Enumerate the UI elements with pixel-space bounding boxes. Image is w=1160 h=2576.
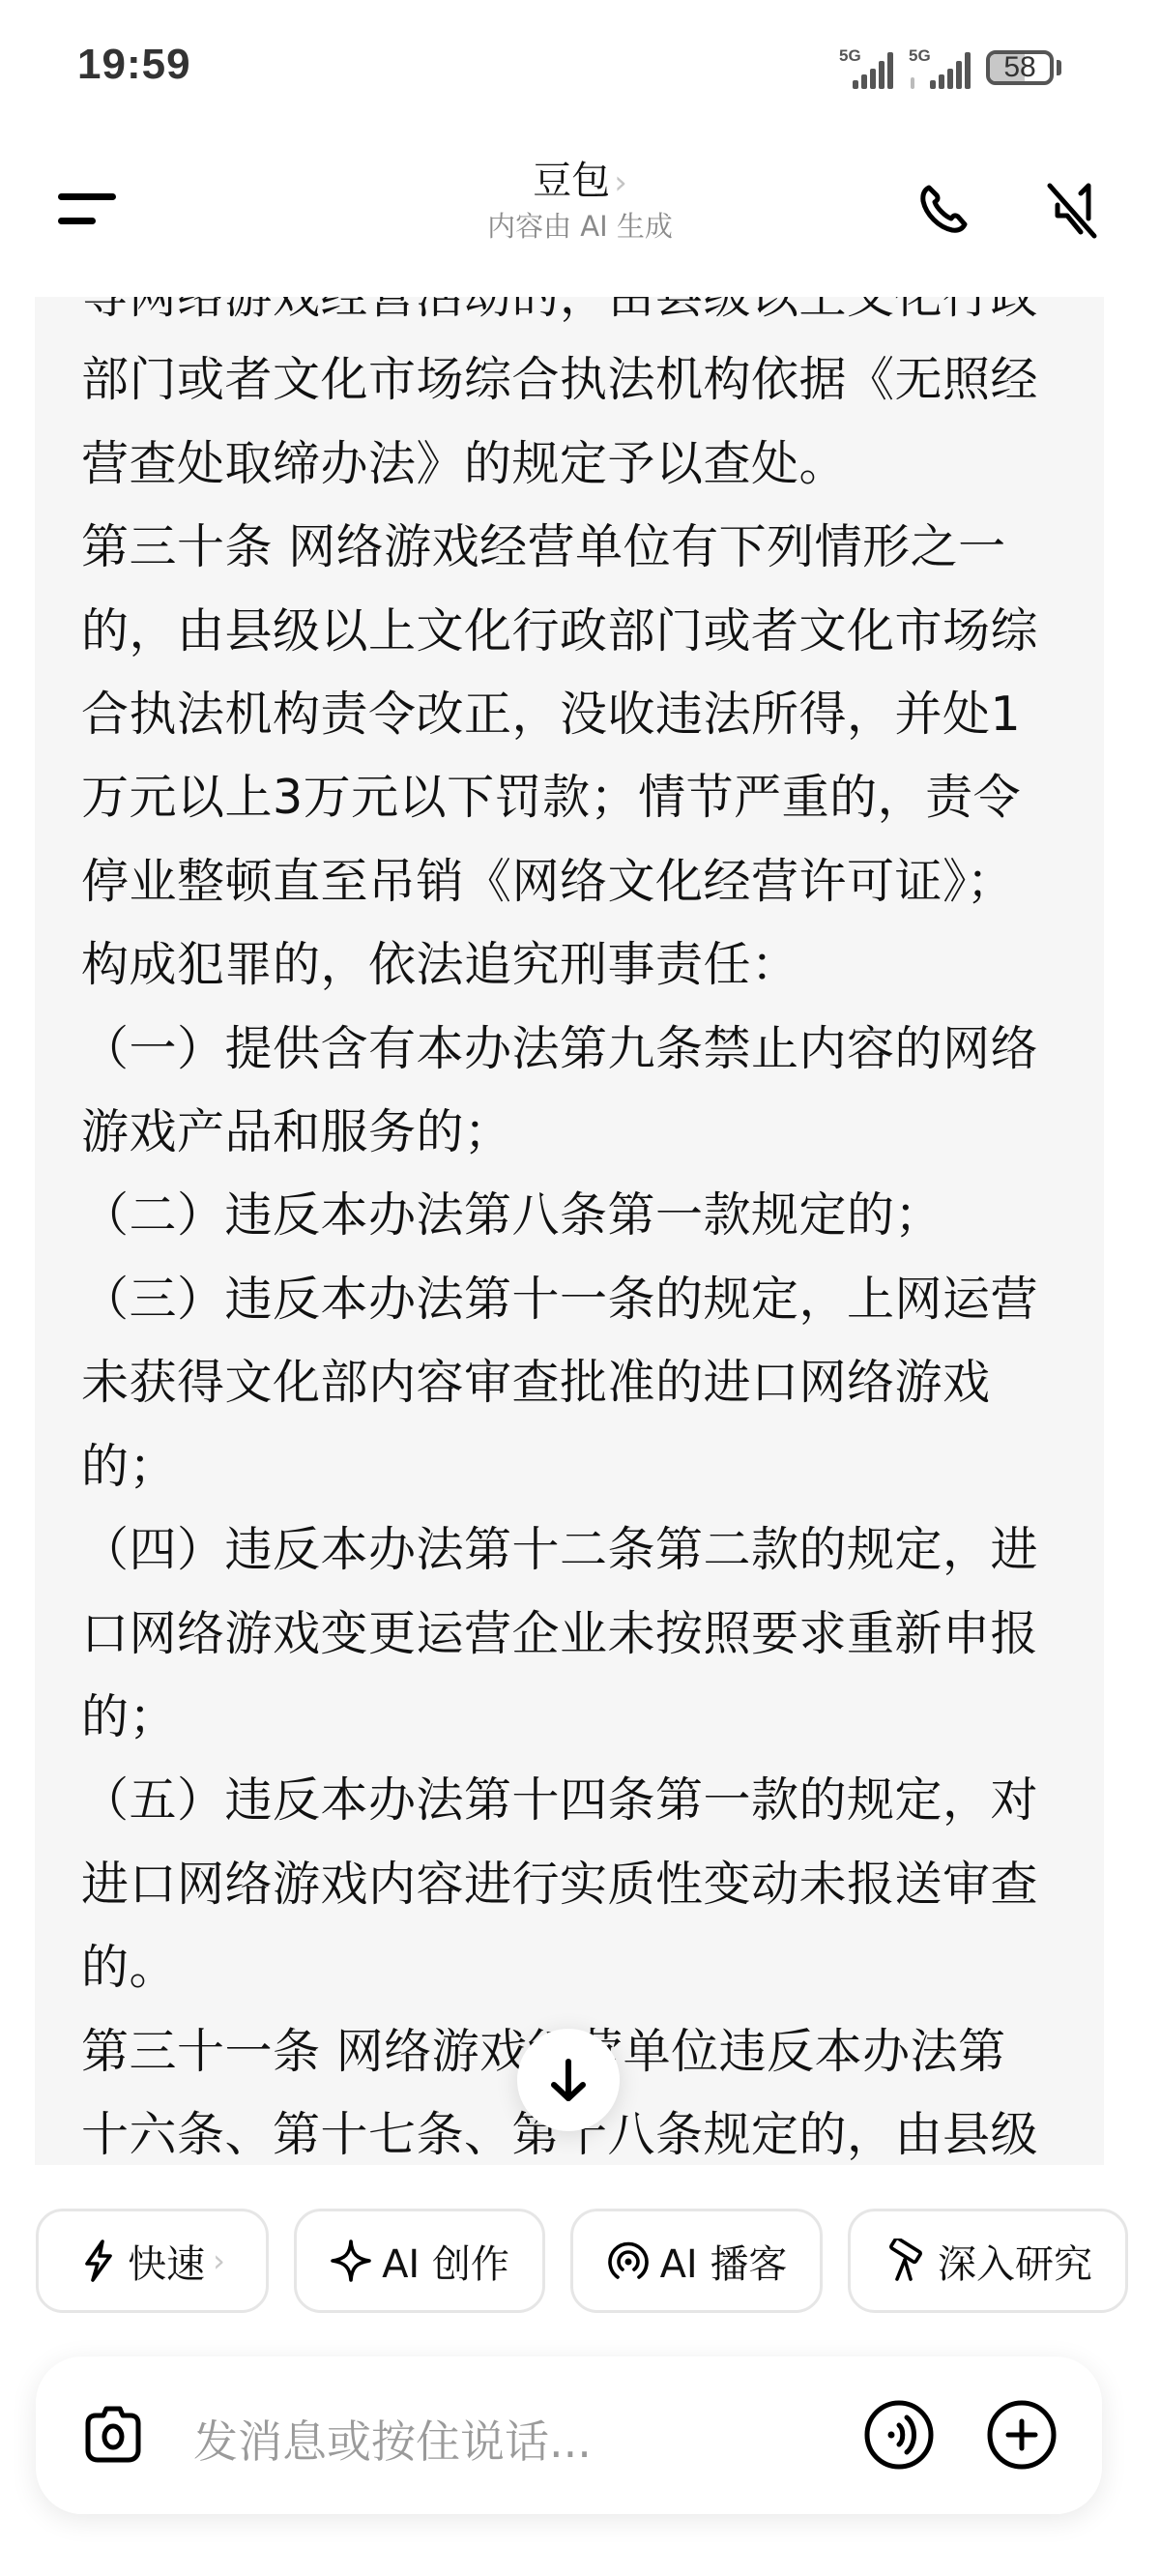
sparkle-icon [330,2239,372,2283]
battery-tip [1057,60,1061,75]
text-line: 停业整顿直至吊销《网络文化经营许可证》； [81,840,1077,923]
ai-generated-notice: 内容由 AI 生成 [387,207,773,246]
text-line: （五）违反本办法第十四条第一款的规定，对 [81,1759,1077,1842]
call-button[interactable] [906,170,983,248]
chip-ai-podcast[interactable]: AI 播客 [570,2209,823,2313]
text-line: 的，由县级以上文化行政部门或者文化市场综 [81,590,1077,673]
chevron-right-icon: › [213,2242,225,2279]
voice-icon [860,2396,938,2474]
text-line: 合执法机构责令改正，没收违法所得，并处1 [81,673,1077,756]
camera-icon [74,2396,152,2474]
text-line: （一）提供含有本办法第九条禁止内容的网络 [81,1008,1077,1091]
phone-icon [906,170,983,248]
text-line: （二）违反本办法第八条第一款规定的； [81,1174,1077,1257]
text-line: 营查处取缔办法》的规定予以查处。 [81,423,1077,506]
add-button[interactable] [983,2396,1060,2474]
text-line: 口网络游戏变更运营企业未按照要求重新申报 [81,1593,1077,1676]
text-line: （三）违反本办法第十一条的规定，上网运营 [81,1258,1077,1341]
telescope-icon [884,2239,928,2283]
voice-call-button[interactable] [860,2396,938,2474]
message-input-bar: 发消息或按住说话... [36,2356,1102,2514]
chevron-right-icon: › [614,163,627,202]
signal-icon-sim2: 5G [909,46,972,89]
chip-deep-research[interactable]: 深入研究 [848,2209,1128,2313]
skill-chips: 快速 › AI 创作 AI 播客 深入研究 [0,2209,1160,2317]
text-line: 部门或者文化市场综合执法机构依据《无照经 [81,338,1077,422]
message-content: 等网络游戏经营活动的，由县级以上文化行政 部门或者文化市场综合执法机构依据《无照… [35,297,1104,2165]
plus-icon [983,2396,1060,2474]
menu-button[interactable] [48,182,126,240]
message-input[interactable]: 发消息或按住说话... [193,2407,592,2471]
clock: 19:59 [77,41,191,89]
broadcast-icon [606,2239,651,2283]
chip-ai-create[interactable]: AI 创作 [294,2209,545,2313]
chat-header: 豆包› 内容由 AI 生成 [0,135,1160,290]
text-line: 未获得文化部内容审查批准的进口网络游戏 [81,1341,1077,1424]
text-line: 的。 [81,1926,1077,2009]
lightning-icon [79,2239,118,2283]
speaker-muted-icon [1034,170,1112,248]
arrow-down-icon [517,2029,620,2131]
status-bar: 19:59 5G 5G 58 [0,0,1160,135]
text-line: 游戏产品和服务的； [81,1091,1077,1174]
text-line: （四）违反本办法第十二条第二款的规定，进 [81,1508,1077,1592]
text-line: 第三十条 网络游戏经营单位有下列情形之一 [81,506,1077,589]
text-line: 进口网络游戏内容进行实质性变动未报送审查 [81,1843,1077,1926]
chip-quick[interactable]: 快速 › [36,2209,269,2313]
text-line: 万元以上3万元以下罚款；情节严重的，责令 [81,756,1077,839]
text-line: 构成犯罪的，依法追究刑事责任： [81,923,1077,1007]
chat-title[interactable]: 豆包› 内容由 AI 生成 [387,157,773,246]
mute-button[interactable] [1034,170,1112,248]
text-line: 的； [81,1676,1077,1759]
signal-icon-sim1: 5G [839,46,895,89]
text-line: 等网络游戏经营活动的，由县级以上文化行政 [81,297,1077,338]
camera-button[interactable] [74,2396,152,2474]
bot-name: 豆包 [533,159,610,203]
message-text: 等网络游戏经营活动的，由县级以上文化行政 部门或者文化市场综合执法机构依据《无照… [81,297,1077,2165]
battery-icon: 58 [986,50,1054,85]
scroll-to-bottom-button[interactable] [517,2029,620,2131]
text-line: 的； [81,1425,1077,1508]
